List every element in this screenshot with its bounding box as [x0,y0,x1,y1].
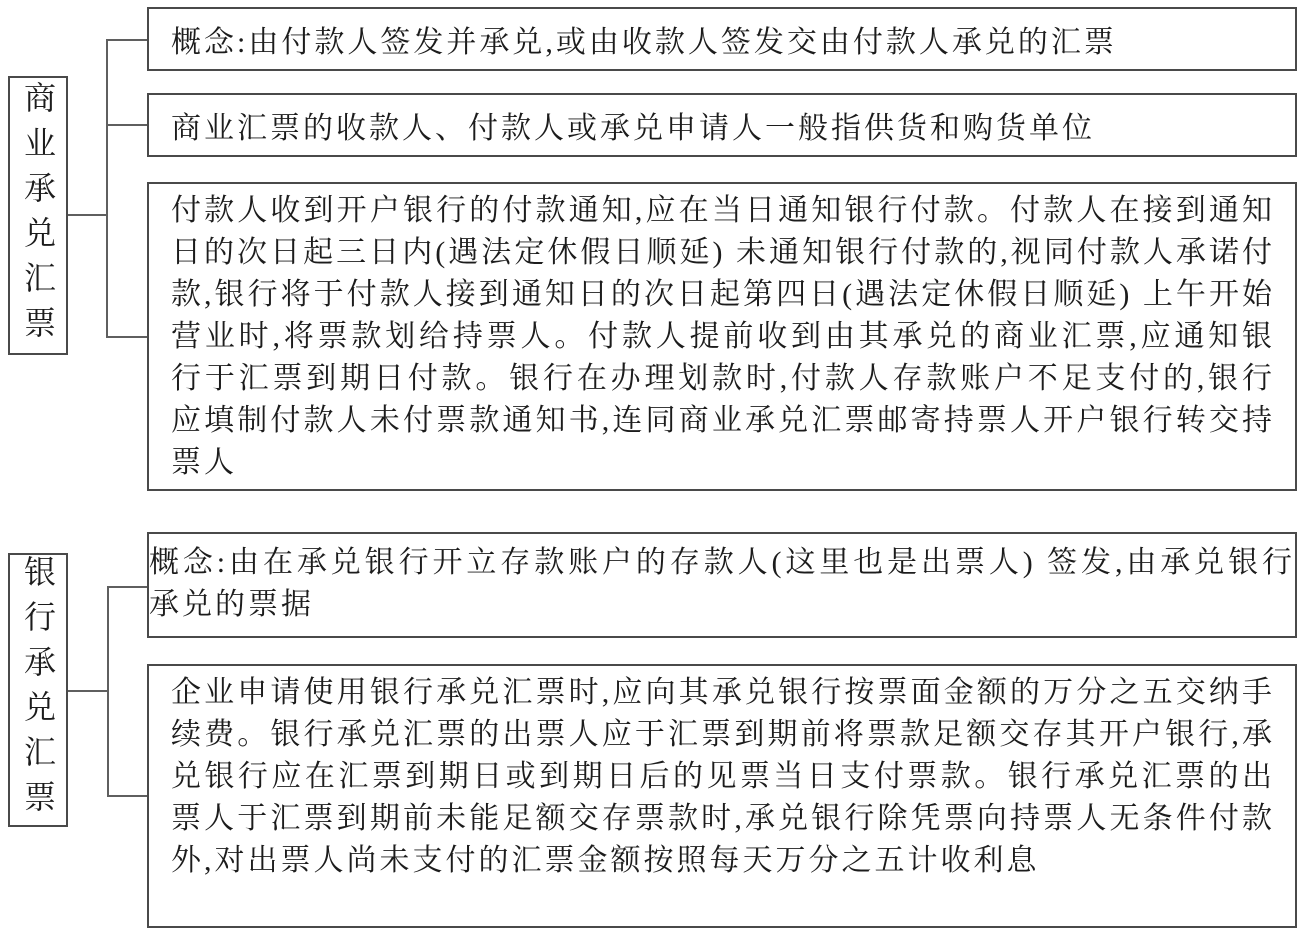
connector-branch-a1 [106,39,147,41]
connector-branch-a3 [106,336,147,338]
acceptance-bill-diagram: 商业承兑汇票 概念:由付款人签发并承兑,或由收款人签发交由付款人承兑的汇票 商业… [0,0,1304,937]
connector-branch-a2 [106,124,147,126]
connector-branch-b1 [107,586,147,588]
connector-label-to-trunk-a [68,214,107,216]
connector-label-to-trunk-b [68,690,108,692]
commercial-concept-box: 概念:由付款人签发并承兑,或由收款人签发交由付款人承兑的汇票 [147,7,1297,71]
commercial-parties-box: 商业汇票的收款人、付款人或承兑申请人一般指供货和购货单位 [147,93,1297,157]
bank-payment-rules-box: 企业申请使用银行承兑汇票时,应向其承兑银行按票面金额的万分之五交纳手续费。银行承… [147,664,1297,928]
group-label-bank-acceptance-bill: 银行承兑汇票 [8,553,68,827]
group-label-commercial-acceptance-bill: 商业承兑汇票 [8,76,68,355]
connector-trunk-a [106,39,108,338]
commercial-payment-rules-box: 付款人收到开户银行的付款通知,应在当日通知银行付款。付款人在接到通知日的次日起三… [147,182,1297,491]
connector-trunk-b [107,586,109,797]
bank-concept-box: 概念:由在承兑银行开立存款账户的存款人(这里也是出票人) 签发,由承兑银行承兑的… [147,532,1297,638]
connector-branch-b2 [107,795,147,797]
